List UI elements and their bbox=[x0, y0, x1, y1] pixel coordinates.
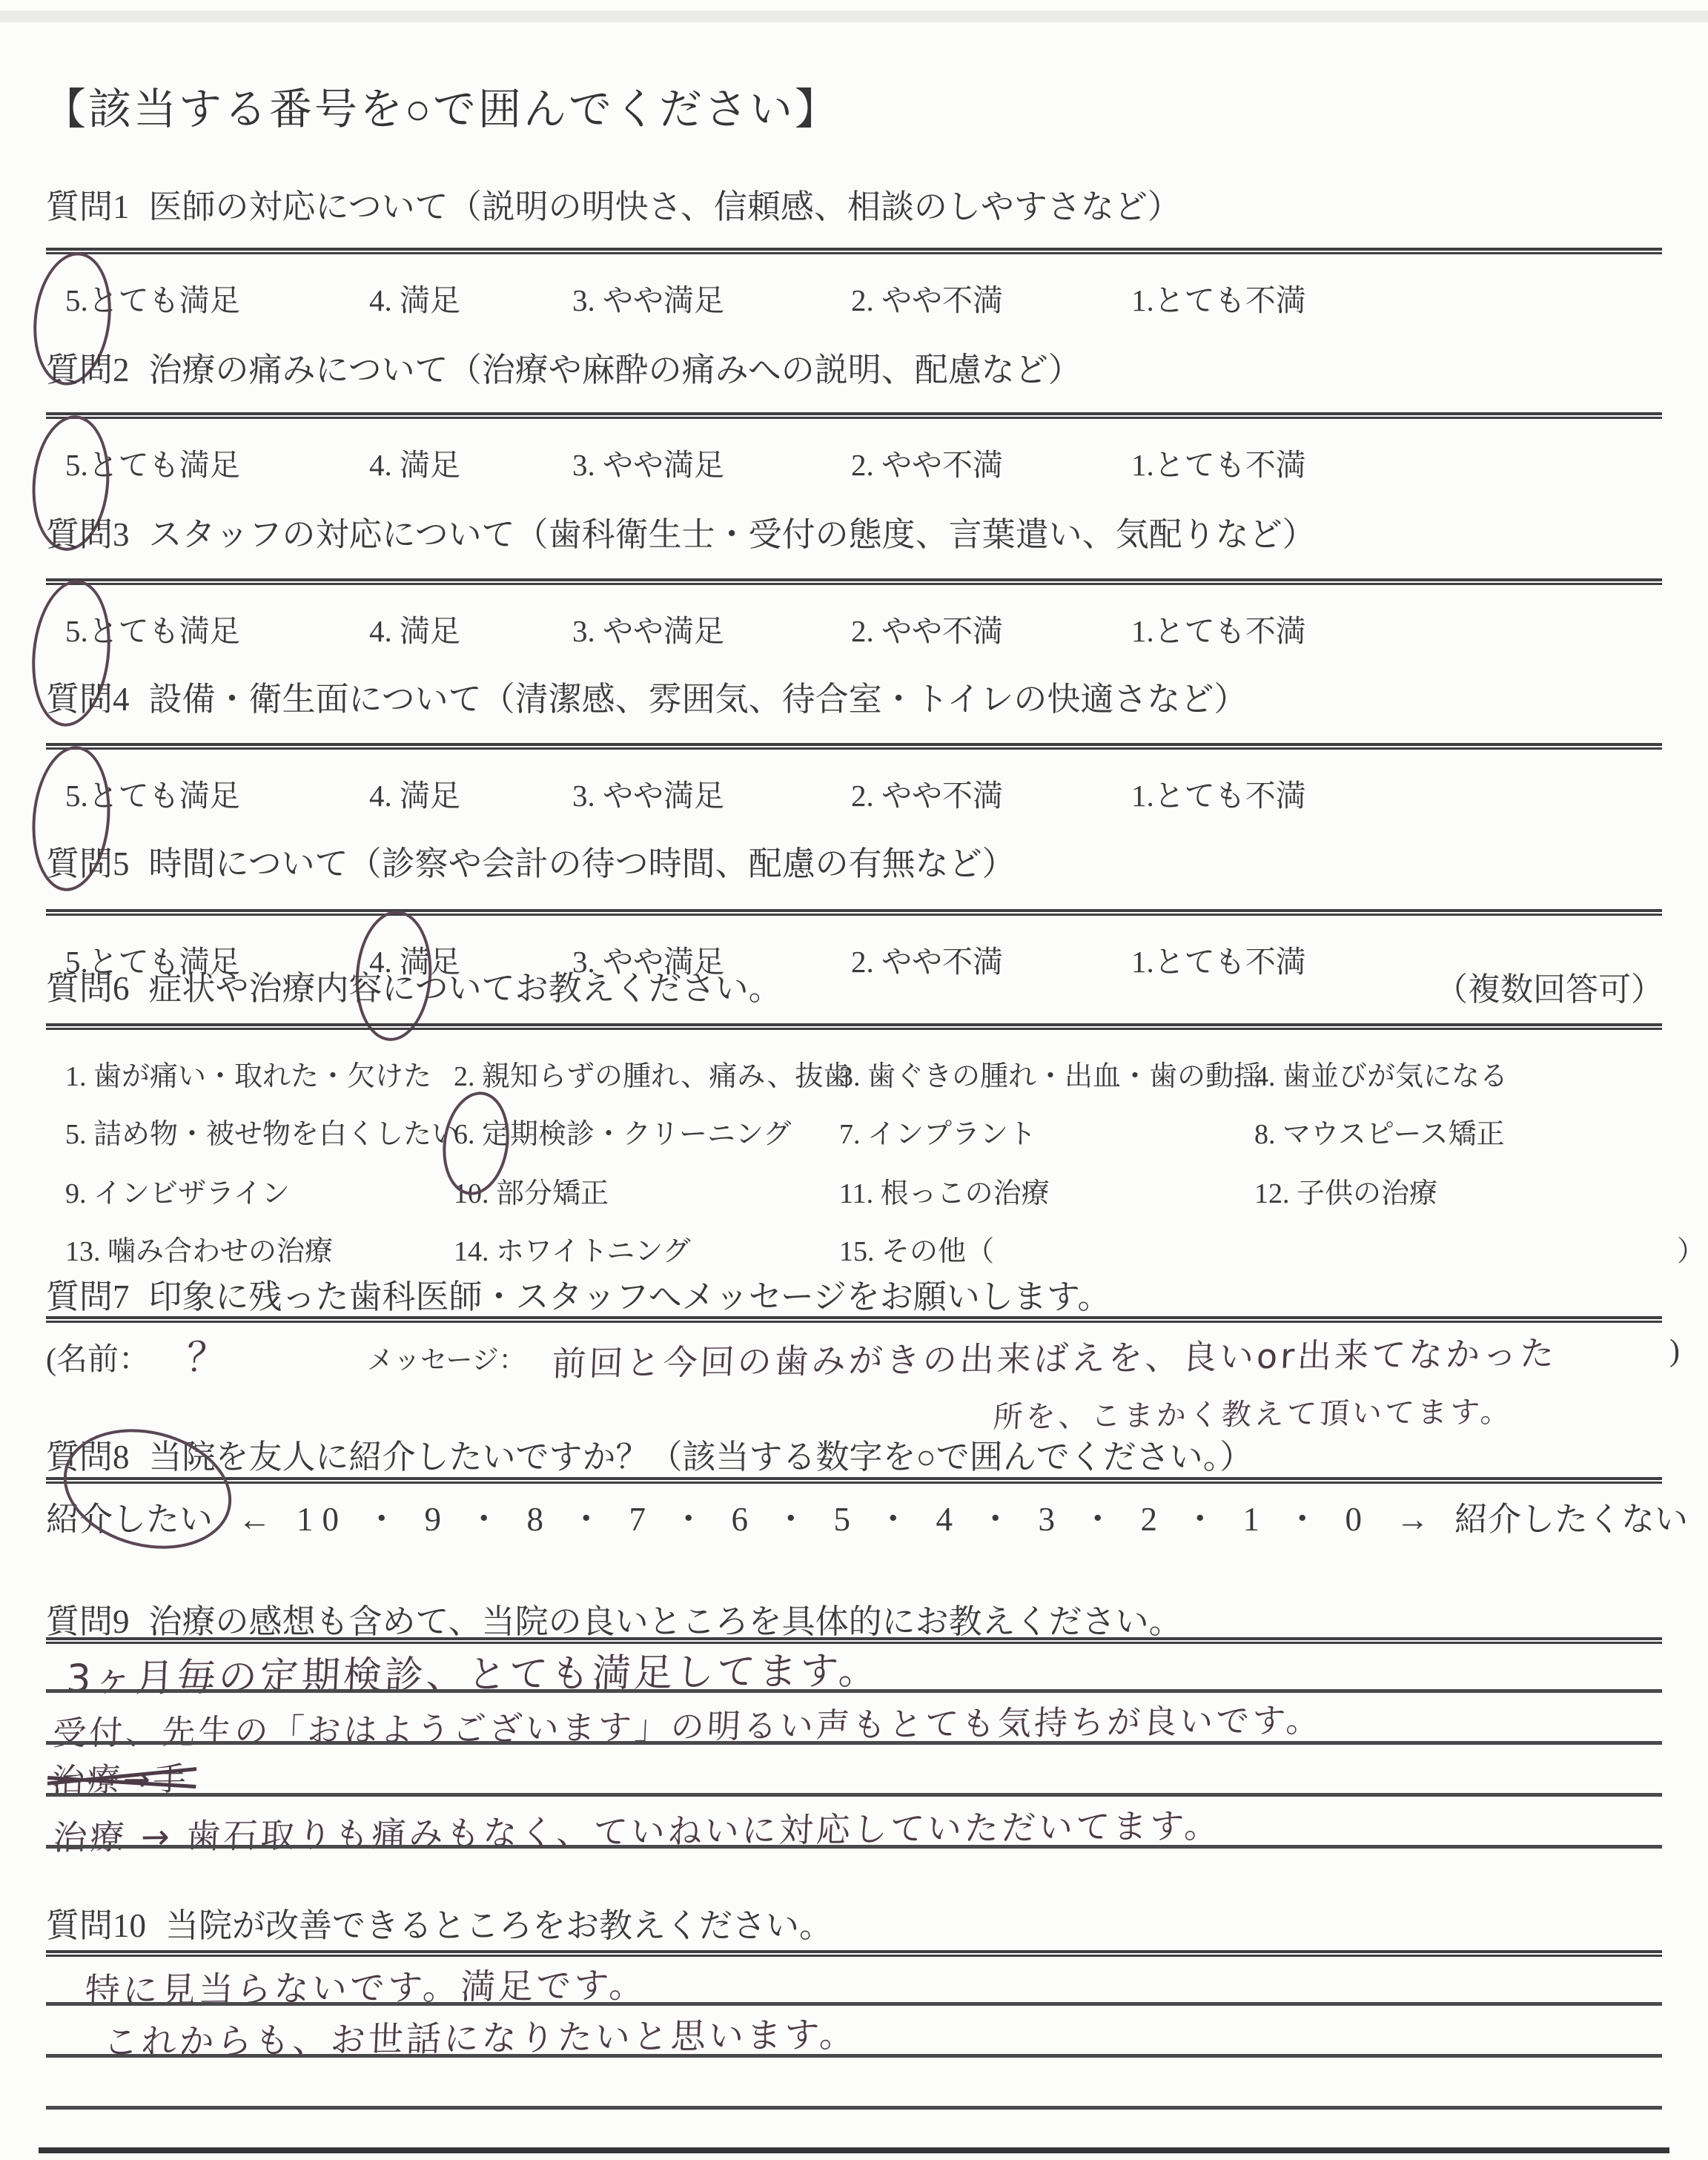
q6-item-14: 14. ホワイトニング bbox=[454, 1228, 691, 1269]
question-5-heading: 質問5時間について（診察や会計の待つ時間、配慮の有無など） bbox=[46, 836, 1016, 885]
q6-item-13: 13. 噛み合わせの治療 bbox=[65, 1228, 333, 1269]
q6-item-15: 15. その他（ bbox=[839, 1228, 994, 1269]
question-5-rule bbox=[46, 909, 1662, 916]
question-3-rule bbox=[46, 578, 1662, 585]
question-10-heading: 質問10当院が改善できるところをお教えください。 bbox=[46, 1898, 833, 1946]
question-10-rule bbox=[46, 1950, 1662, 1957]
q8-scale-numbers: 10 ・ 9 ・ 8 ・ 7 ・ 6 ・ 5 ・ 4 ・ 3 ・ 2 ・ 1 ・… bbox=[297, 1492, 1371, 1540]
q6-item-2: 2. 親知らずの腫れ、痛み、抜歯 bbox=[454, 1053, 852, 1094]
question-9-title: 治療の感想も含めて、当院の良いところを具体的にお教えください。 bbox=[149, 1603, 1182, 1640]
q8-left-arrow: ← bbox=[238, 1500, 271, 1539]
question-3-title: スタッフの対応について（歯科衛生士・受付の態度、言葉遣い、気配りなど） bbox=[149, 516, 1316, 553]
question-6-note: （複数回答可） bbox=[1435, 962, 1664, 1010]
question-3-number: 質問3 bbox=[46, 516, 130, 553]
q1-option-4: 4. 満足 bbox=[369, 276, 460, 320]
q10-answer-rule-2 bbox=[46, 2054, 1662, 2058]
question-1-rule bbox=[46, 248, 1662, 254]
q7-name-handwritten: ？ bbox=[185, 1326, 231, 1384]
q9-answer-rule-2 bbox=[46, 1741, 1662, 1745]
q6-item-5: 5. 詰め物・被せ物を白くしたい bbox=[65, 1111, 460, 1152]
q4-option-3: 3. やや満足 bbox=[572, 771, 724, 815]
q10-answer-rule-1 bbox=[46, 2002, 1662, 2006]
question-6-heading: 質問6症状や治療内容についてお教えください。 bbox=[46, 961, 782, 1009]
q5-option-1: 1.とても不満 bbox=[1131, 937, 1306, 981]
q9-answer-rule-4 bbox=[46, 1845, 1662, 1849]
question-4-rule bbox=[46, 743, 1662, 750]
q8-right-arrow: → bbox=[1396, 1500, 1429, 1539]
question-3-heading: 質問3スタッフの対応について（歯科衛生士・受付の態度、言葉遣い、気配りなど） bbox=[46, 507, 1316, 555]
question-9-heading: 質問9治療の感想も含めて、当院の良いところを具体的にお教えください。 bbox=[46, 1594, 1182, 1642]
question-8-title: 当院を友人に紹介したいですか？（該当する数字を○で囲んでください。） bbox=[149, 1439, 1254, 1476]
question-6-number: 質問6 bbox=[46, 970, 130, 1007]
q9-answer-line2-handwritten: 受付、先生の「おはようございます」の明るい声もとても気持ちが良いです。 bbox=[52, 1693, 1323, 1754]
q9-answer-rule-1 bbox=[46, 1689, 1662, 1693]
q1-option-2: 2. やや不満 bbox=[851, 276, 1003, 320]
scanner-edge-band-top bbox=[0, 10, 1708, 22]
q6-item-4: 4. 歯並びが気になる bbox=[1254, 1053, 1508, 1094]
q2-option-1: 1.とても不満 bbox=[1131, 440, 1306, 484]
q3-option-1: 1.とても不満 bbox=[1131, 607, 1306, 650]
question-7-rule bbox=[46, 1316, 1662, 1323]
question-7-heading: 質問7印象に残った歯科医師・スタッフへメッセージをお願いします。 bbox=[46, 1269, 1110, 1318]
q6-item-3: 3. 歯ぐきの腫れ・出血・歯の動揺 bbox=[839, 1053, 1262, 1094]
question-4-title: 設備・衛生面について（清潔感、雰囲気、待合室・トイレの快適さなど） bbox=[149, 681, 1248, 718]
question-1-title: 医師の対応について（説明の明快さ、信頼感、相談のしやすさなど） bbox=[149, 188, 1181, 225]
q6-item-8: 8. マウスピース矯正 bbox=[1254, 1111, 1504, 1152]
question-5-title: 時間について（診察や会計の待つ時間、配慮の有無など） bbox=[149, 845, 1016, 882]
question-10-title: 当院が改善できるところをお教えください。 bbox=[165, 1907, 833, 1944]
question-1-options: 5.とても満足 4. 満足 3. やや満足 2. やや不満 1.とても不満 bbox=[0, 276, 1708, 320]
q3-option-2: 2. やや不満 bbox=[851, 607, 1003, 650]
question-1-heading: 質問1医師の対応について（説明の明快さ、信頼感、相談のしやすさなど） bbox=[46, 179, 1181, 228]
question-2-heading: 質問2治療の痛みについて（治療や麻酔の痛みへの説明、配慮など） bbox=[46, 343, 1082, 391]
q6-item-7: 7. インプラント bbox=[839, 1111, 1036, 1152]
q6-item-12: 12. 子供の治療 bbox=[1254, 1170, 1437, 1211]
question-4-number: 質問4 bbox=[46, 681, 130, 718]
question-2-options: 5.とても満足 4. 満足 3. やや満足 2. やや不満 1.とても不満 bbox=[0, 440, 1708, 485]
question-9-number: 質問9 bbox=[46, 1603, 130, 1640]
q9-answer-line1-handwritten: 3ヶ月毎の定期検診、とても満足してます。 bbox=[65, 1639, 881, 1702]
question-7-number: 質問7 bbox=[46, 1278, 130, 1315]
q2-option-4: 4. 満足 bbox=[369, 440, 460, 484]
q7-message-label: メッセージ： bbox=[367, 1339, 526, 1377]
question-5-number: 質問5 bbox=[46, 845, 130, 882]
q8-right-label: 紹介したくない bbox=[1454, 1492, 1688, 1540]
question-8-rule bbox=[46, 1477, 1662, 1484]
question-1-number: 質問1 bbox=[46, 188, 130, 225]
q7-name-label: (名前： bbox=[46, 1335, 150, 1379]
q1-option-3: 3. やや満足 bbox=[572, 276, 724, 320]
q9-answer-line3-handwritten: 治療 → 歯石取りも痛みもなく、ていねいに対応していただいてます。 bbox=[52, 1799, 1222, 1860]
question-2-number: 質問2 bbox=[46, 351, 130, 389]
scanned-survey-page: { "page": { "title": "【該当する番号を○で囲んでください】… bbox=[0, 0, 1708, 2160]
question-4-heading: 質問4設備・衛生面について（清潔感、雰囲気、待合室・トイレの快適さなど） bbox=[46, 672, 1247, 720]
q8-recommend-scale: 紹介したい ← 10 ・ 9 ・ 8 ・ 7 ・ 6 ・ 5 ・ 4 ・ 3 ・… bbox=[46, 1492, 1666, 1540]
question-3-options: 5.とても満足 4. 満足 3. やや満足 2. やや不満 1.とても不満 bbox=[0, 607, 1708, 651]
question-4-options: 5.とても満足 4. 満足 3. やや満足 2. やや不満 1.とても不満 bbox=[0, 771, 1708, 816]
question-6-title: 症状や治療内容についてお教えください。 bbox=[149, 970, 782, 1007]
q4-option-4: 4. 満足 bbox=[369, 771, 460, 815]
q1-option-1: 1.とても不満 bbox=[1131, 276, 1306, 320]
question-10-number: 質問10 bbox=[46, 1907, 146, 1944]
question-2-rule bbox=[46, 412, 1662, 419]
q6-item-9: 9. インビザライン bbox=[65, 1170, 290, 1211]
q3-option-3: 3. やや満足 bbox=[572, 607, 724, 650]
q2-option-2: 2. やや不満 bbox=[851, 440, 1003, 484]
q7-close-paren: ) bbox=[1669, 1333, 1680, 1369]
q4-option-2: 2. やや不満 bbox=[851, 771, 1003, 815]
q10-answer-rule-3 bbox=[46, 2106, 1662, 2110]
scanner-edge-band-bottom bbox=[39, 2147, 1669, 2153]
q2-option-3: 3. やや満足 bbox=[572, 440, 724, 484]
q9-answer-rule-3 bbox=[46, 1793, 1662, 1797]
page-title: 【該当する番号を○で囲んでください】 bbox=[43, 74, 840, 136]
q4-option-1: 1.とても不満 bbox=[1131, 771, 1306, 815]
question-8-heading: 質問8当院を友人に紹介したいですか？（該当する数字を○で囲んでください。） bbox=[46, 1430, 1253, 1478]
q6-item-15-close-paren: ） bbox=[1677, 1228, 1705, 1269]
q7-message-line1-handwritten: 前回と今回の歯みがきの出来ばえを、良いor出来てなかった bbox=[551, 1327, 1558, 1386]
q5-option-2: 2. やや不満 bbox=[851, 937, 1003, 981]
q6-item-11: 11. 根っこの治療 bbox=[839, 1170, 1050, 1211]
q3-option-4: 4. 満足 bbox=[369, 607, 460, 650]
q6-item-1: 1. 歯が痛い・取れた・欠けた bbox=[65, 1053, 431, 1094]
question-6-rule bbox=[46, 1023, 1662, 1030]
question-7-title: 印象に残った歯科医師・スタッフへメッセージをお願いします。 bbox=[149, 1278, 1111, 1315]
question-2-title: 治療の痛みについて（治療や麻酔の痛みへの説明、配慮など） bbox=[149, 351, 1082, 389]
